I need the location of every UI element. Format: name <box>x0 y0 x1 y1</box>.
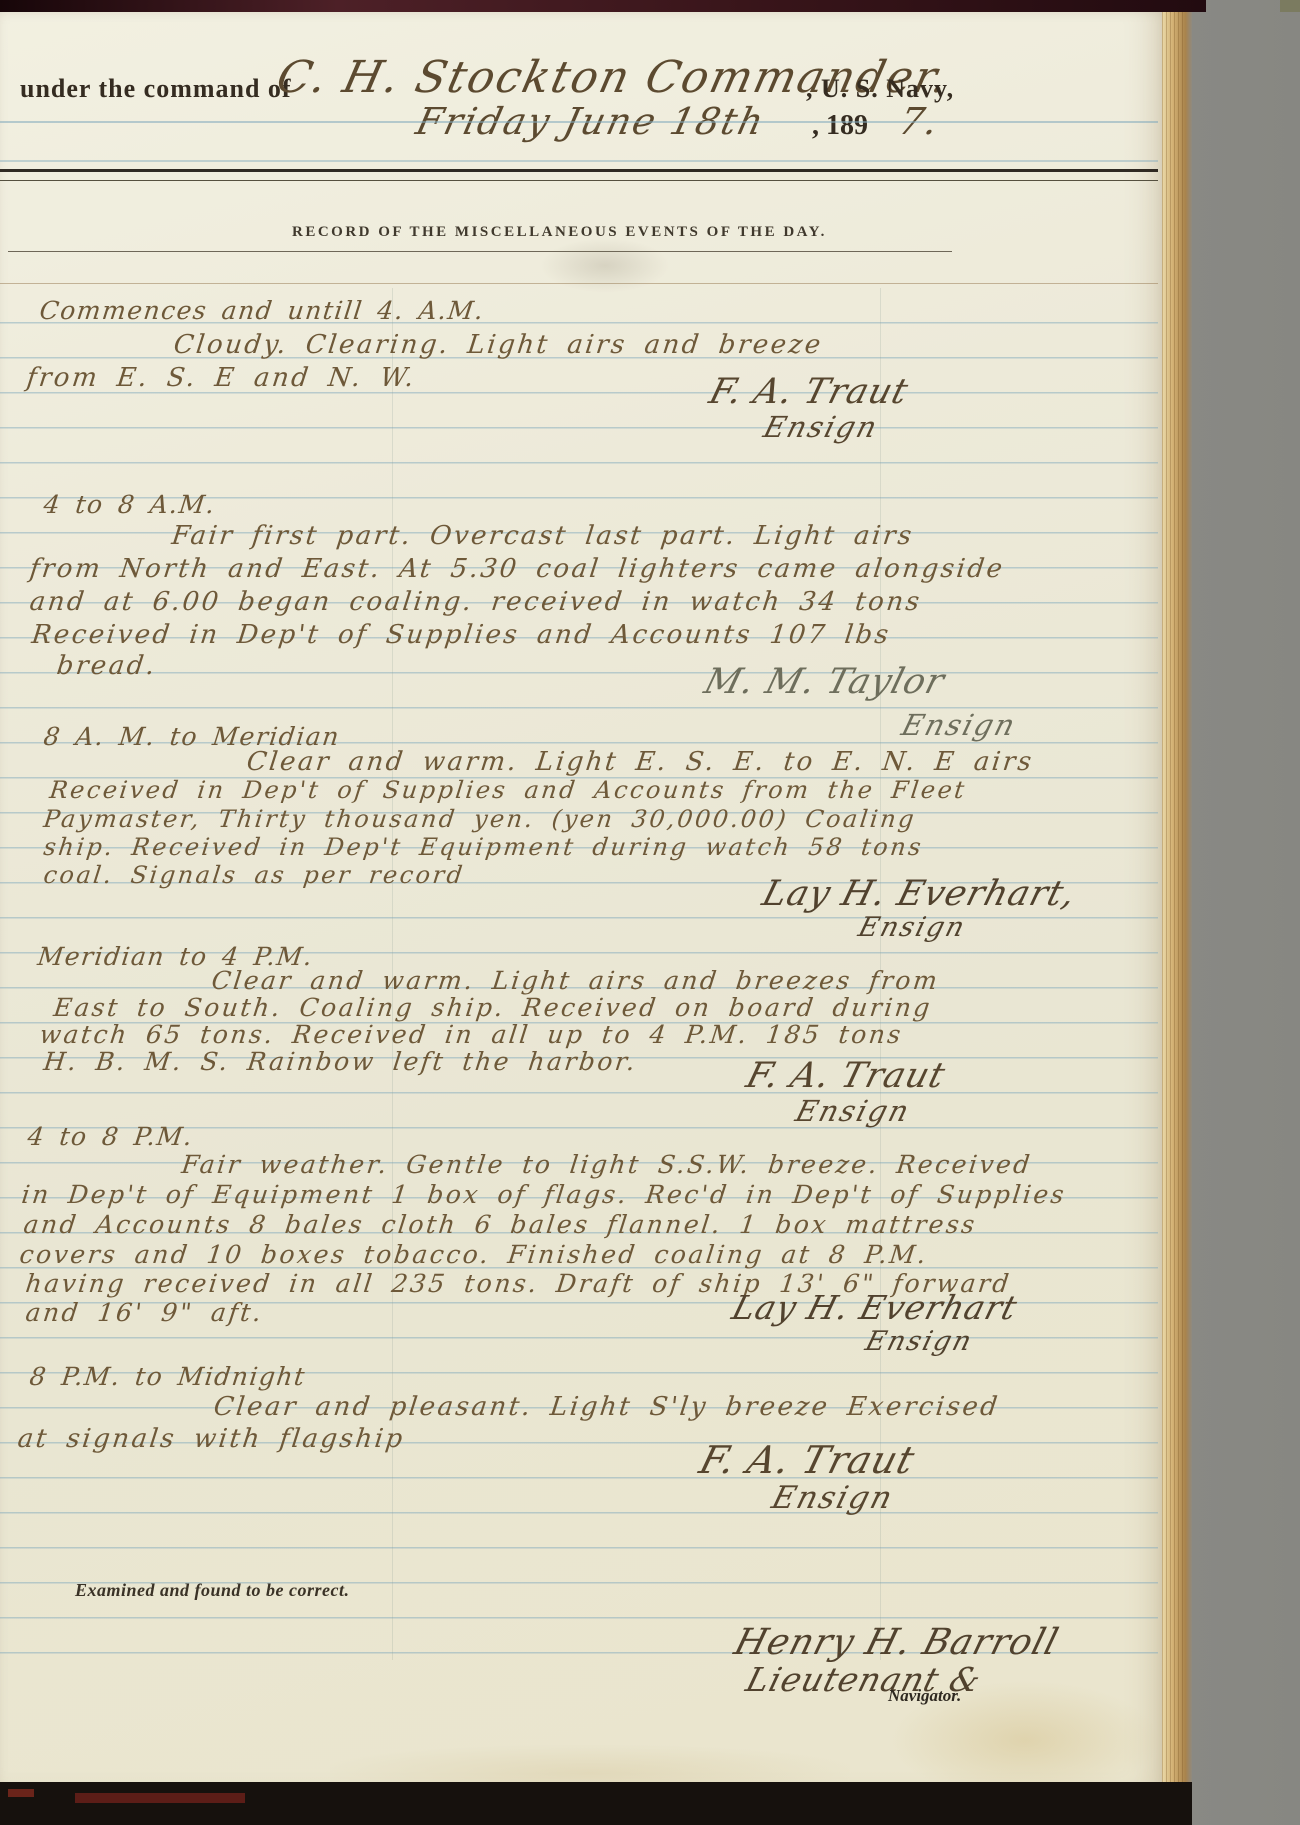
watch-heading: 4 to 8 A.M. <box>42 490 217 519</box>
examined-statement: Examined and found to be correct. <box>75 1580 350 1601</box>
scan-corner-patch <box>1280 0 1300 12</box>
entry-line: and at 6.00 began coaling. received in w… <box>28 587 923 617</box>
entry-line: Cloudy. Clearing. Light airs and breeze <box>172 330 825 360</box>
heavy-rule <box>0 169 1158 172</box>
book-cover-top-edge <box>0 0 1206 12</box>
rank-handwritten: Ensign <box>898 708 1020 742</box>
entry-line: from E. S. E and N. W. <box>25 363 418 393</box>
signature-handwritten: F. A. Traut <box>705 372 913 412</box>
navigator-rank-printed: Navigator. <box>888 1686 961 1706</box>
signature-handwritten: F. A. Traut <box>742 1056 950 1096</box>
page-stack-lines <box>1162 6 1186 1792</box>
entry-line: and 16' 9" aft. <box>24 1298 265 1327</box>
entry-line: Fair weather. Gentle to light S.S.W. bre… <box>180 1150 1034 1179</box>
entry-line: Received in Dep't of Supplies and Accoun… <box>48 776 968 804</box>
entry-line: Clear and warm. Light airs and breezes f… <box>210 966 941 995</box>
ruled-line <box>0 121 1158 123</box>
signature-handwritten: F. A. Traut <box>695 1438 920 1482</box>
printed-year: , 189 <box>812 110 868 142</box>
logbook-scan: { "header": { "command_prefix": "under t… <box>0 0 1300 1825</box>
rank-handwritten: Ensign <box>768 1480 898 1516</box>
entry-line: Received in Dep't of Supplies and Accoun… <box>30 620 892 650</box>
signature-handwritten: M. M. Taylor <box>700 662 949 702</box>
entry-line: bread. <box>55 651 159 681</box>
entry-line: coal. Signals as per record <box>42 861 466 889</box>
thin-rule <box>8 251 952 252</box>
book-cover-bottom-edge <box>0 1782 1192 1825</box>
rank-handwritten: Ensign <box>792 1094 914 1128</box>
entry-line: from North and East. At 5.30 coal lighte… <box>28 554 1006 584</box>
entry-line: in Dep't of Equipment 1 box of flags. Re… <box>20 1180 1068 1209</box>
ruled-line <box>0 160 1158 162</box>
signature-handwritten: Lay H. Everhart <box>728 1288 1022 1327</box>
watch-heading: 8 P.M. to Midnight <box>28 1362 307 1391</box>
entry-line: and Accounts 8 bales cloth 6 bales flann… <box>22 1210 979 1239</box>
logbook-page: under the command of C. H. Stockton Comm… <box>0 0 1162 1792</box>
navigator-signature: Henry H. Barroll <box>730 1622 1063 1663</box>
signature-handwritten: Lay H. Everhart, <box>758 874 1081 914</box>
entry-line: East to South. Coaling ship. Received on… <box>52 993 934 1022</box>
entry-line: Paymaster, Thirty thousand yen. (yen 30,… <box>42 805 918 833</box>
entry-line: Clear and pleasant. Light S'ly breeze Ex… <box>212 1392 1001 1422</box>
thin-rule <box>0 180 1158 181</box>
red-cover-sliver <box>8 1789 34 1797</box>
entry-line: Clear and warm. Light E. S. E. to E. N. … <box>245 747 1035 777</box>
entry-line: covers and 10 boxes tobacco. Finished co… <box>18 1240 930 1269</box>
printed-command-prefix: under the command of <box>20 74 292 104</box>
rank-handwritten: Ensign <box>862 1326 977 1357</box>
entry-line: ship. Received in Dep't Equipment during… <box>42 833 925 861</box>
red-cover-sliver <box>75 1793 245 1803</box>
entry-line: Fair first part. Overcast last part. Lig… <box>170 521 916 551</box>
entry-line: at signals with flagship <box>16 1424 407 1454</box>
watch-heading: Commences and untill 4. A.M. <box>38 296 486 325</box>
paper-stain <box>540 238 670 293</box>
rank-handwritten: Ensign <box>760 410 882 444</box>
watch-heading: 4 to 8 P.M. <box>26 1122 195 1151</box>
entry-line: watch 65 tons. Received in all up to 4 P… <box>38 1020 905 1049</box>
rank-handwritten: Ensign <box>855 912 970 943</box>
entry-line: H. B. M. S. Rainbow left the harbor. <box>42 1047 639 1076</box>
